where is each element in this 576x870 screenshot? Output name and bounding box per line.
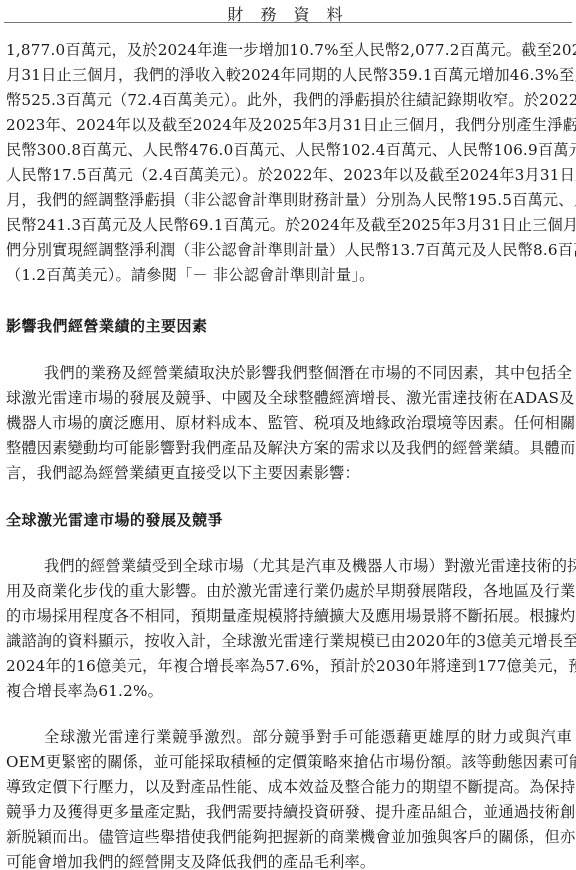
- text-line: 2023年、2024年以及截至2024年及2025年3月31日止三個月，我們分別…: [6, 113, 572, 138]
- text-line: 我們的經營業績受到全球市場（尤其是汽車及機器人市場）對激光雷達技術的採: [6, 554, 572, 579]
- text-line: 球激光雷達市場的發展及競爭、中國及全球整體經濟增長、激光雷達技術在ADAS及: [6, 386, 572, 411]
- text-line: OEM更緊密的關係，並可能採取積極的定價策略來搶佔市場份額。該等動態因素可能: [6, 750, 572, 775]
- section-heading-lidar-market: 全球激光雷達市場的發展及競爭: [6, 509, 223, 530]
- text-line: （1.2百萬美元）。請參閱「－ 非公認會計準則計量」。: [6, 263, 572, 288]
- text-line: 言，我們認為經營業績更直接受以下主要因素影響：: [6, 461, 572, 486]
- text-line: 1,877.0百萬元，及於2024年進一步增加10.7%至人民幣2,077.2百…: [6, 38, 572, 63]
- text-line: 月，我們的經調整淨虧損（非公認會計準則財務計量）分別為人民幣195.5百萬元、人: [6, 188, 572, 213]
- text-line: 可能會增加我們的經營開支及降低我們的產品毛利率。: [6, 850, 572, 870]
- text-line: 全球激光雷達行業競爭激烈。部分競爭對手可能憑藉更雄厚的財力或與汽車: [6, 725, 572, 750]
- paragraph-lidar-market-growth: 我們的經營業績受到全球市場（尤其是汽車及機器人市場）對激光雷達技術的採 用及商業…: [6, 554, 572, 704]
- text-line: 複合增長率為61.2%。: [6, 679, 572, 704]
- text-line: 幣525.3百萬元（72.4百萬美元）。此外，我們的淨虧損於往績記錄期收窄。於2…: [6, 88, 572, 113]
- paragraph-key-factors: 我們的業務及經營業績取決於影響我們整個潛在市場的不同因素，其中包括全 球激光雷達…: [6, 361, 572, 486]
- text-line: 人民幣17.5百萬元（2.4百萬美元）。於2022年、2023年以及截至2024…: [6, 163, 572, 188]
- paragraph-lidar-competition: 全球激光雷達行業競爭激烈。部分競爭對手可能憑藉更雄厚的財力或與汽車 OEM更緊密…: [6, 725, 572, 870]
- header-divider: [4, 22, 572, 23]
- text-line: 2024年的16億美元，年複合增長率為57.6%，預計於2030年將達到177億…: [6, 654, 572, 679]
- text-line: 導致定價下行壓力，以及對產品性能、成本效益及整合能力的期望不斷提高。為保持: [6, 775, 572, 800]
- text-line: 民幣300.8百萬元、人民幣476.0百萬元、人民幣102.4百萬元、人民幣10…: [6, 138, 572, 163]
- section-heading-key-factors: 影響我們經營業績的主要因素: [6, 315, 208, 336]
- text-line: 競爭力及獲得更多量產定點，我們需要持續投資研發、提升產品組合，並通過技術創: [6, 800, 572, 825]
- text-line: 識諮詢的資料顯示，按收入計，全球激光雷達行業規模已由2020年的3億美元增長至: [6, 629, 572, 654]
- text-line: 用及商業化步伐的重大影響。由於激光雷達行業仍處於早期發展階段，各地區及行業: [6, 579, 572, 604]
- text-line: 新脱穎而出。儘管這些舉措使我們能夠把握新的商業機會並加強與客戶的關係，但亦: [6, 825, 572, 850]
- text-line: 月31日止三個月，我們的淨收入較2024年同期的人民幣359.1百萬元增加46.…: [6, 63, 572, 88]
- text-line: 們分別實現經調整淨利潤（非公認會計準則計量）人民幣13.7百萬元及人民幣8.6百…: [6, 238, 572, 263]
- text-line: 的市場採用程度各不相同，預期量產規模將持續擴大及應用場景將不斷拓展。根據灼: [6, 604, 572, 629]
- text-line: 民幣241.3百萬元及人民幣69.1百萬元。於2024年及截至2025年3月31…: [6, 213, 572, 238]
- text-line: 整體因素變動均可能影響對我們產品及解決方案的需求以及我們的經營業績。具體而: [6, 436, 572, 461]
- text-line: 我們的業務及經營業績取決於影響我們整個潛在市場的不同因素，其中包括全: [6, 361, 572, 386]
- text-line: 機器人市場的廣泛應用、原材料成本、監管、税項及地緣政治環境等因素。任何相關: [6, 411, 572, 436]
- paragraph-revenue-losses: 1,877.0百萬元，及於2024年進一步增加10.7%至人民幣2,077.2百…: [6, 38, 572, 288]
